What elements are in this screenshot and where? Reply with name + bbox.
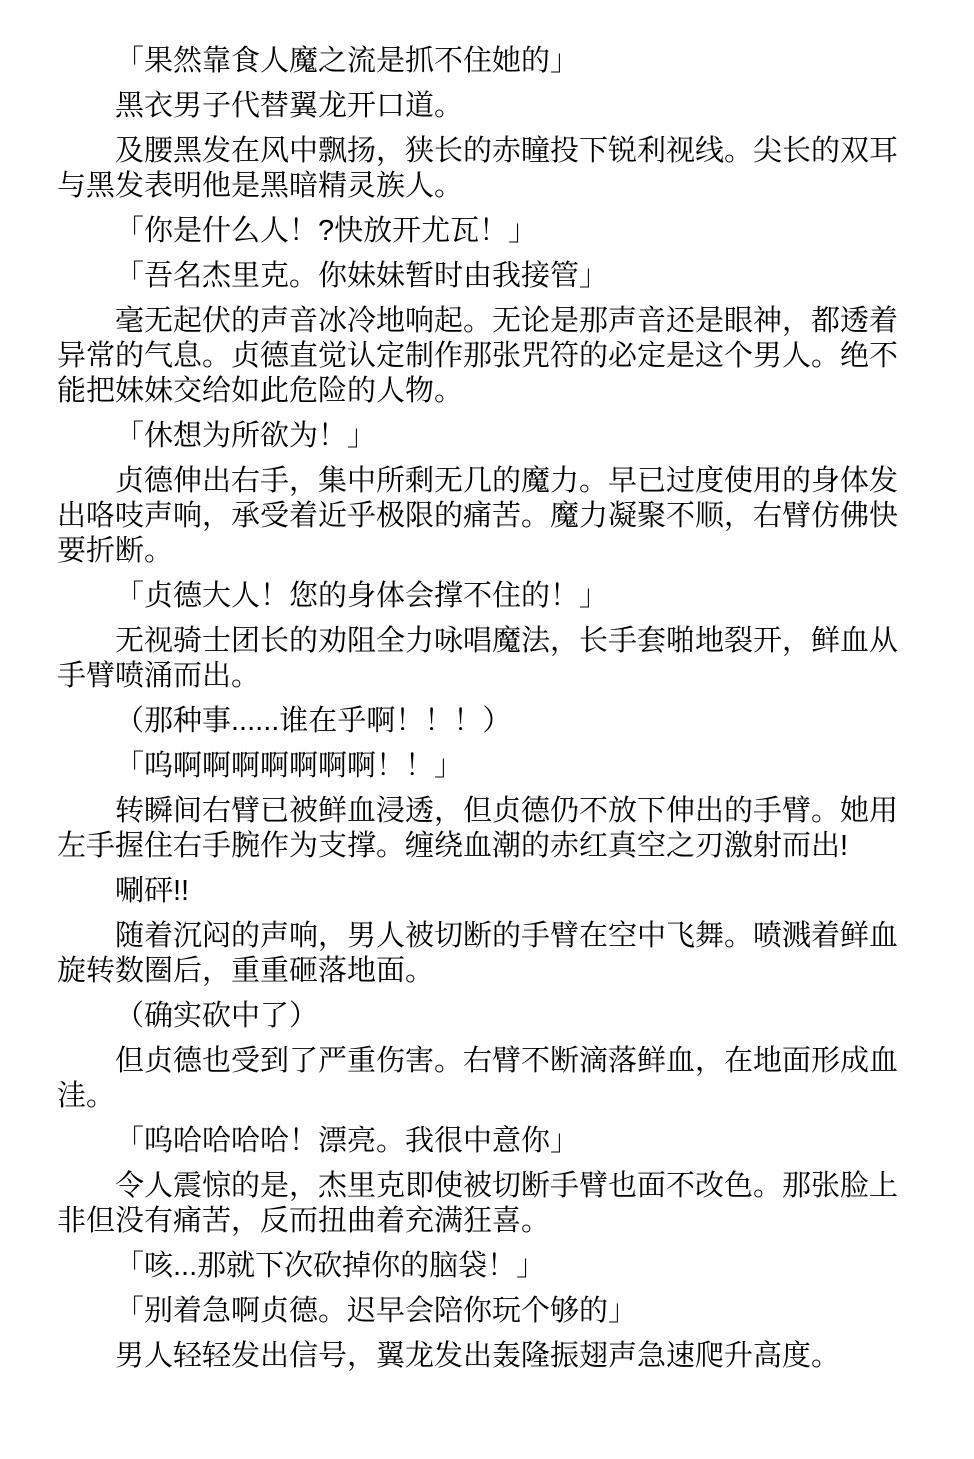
dialogue-line: 「你是什么人！?快放开尤瓦！」 xyxy=(57,214,917,249)
narration-paragraph: 令人震惊的是，杰里克即使被切断手臂也面不改色。那张脸上非但没有痛苦，反而扭曲着充… xyxy=(57,1169,917,1239)
narration-paragraph: 随着沉闷的声响，男人被切断的手臂在空中飞舞。喷溅着鲜血旋转数圈后，重重砸落地面。 xyxy=(57,919,917,989)
dialogue-line: 「别着急啊贞德。迟早会陪你玩个够的」 xyxy=(57,1294,917,1329)
inner-thought-line: （确实砍中了） xyxy=(57,999,917,1034)
narration-paragraph: 贞德伸出右手，集中所剩无几的魔力。早已过度使用的身体发出咯吱声响，承受着近乎极限… xyxy=(57,464,917,569)
narration-paragraph: 男人轻轻发出信号，翼龙发出轰隆振翅声急速爬升高度。 xyxy=(57,1339,917,1374)
dialogue-line: 「果然靠食人魔之流是抓不住她的」 xyxy=(57,44,917,79)
sound-effect-line: 唰砰!! xyxy=(57,874,917,909)
narration-paragraph: 无视骑士团长的劝阻全力咏唱魔法，长手套啪地裂开，鲜血从手臂喷涌而出。 xyxy=(57,624,917,694)
narration-paragraph: 毫无起伏的声音冰冷地响起。无论是那声音还是眼神，都透着异常的气息。贞德直觉认定制… xyxy=(57,304,917,409)
inner-thought-line: （那种事......谁在乎啊！！！） xyxy=(57,704,917,739)
novel-text-page: 「果然靠食人魔之流是抓不住她的」 黑衣男子代替翼龙开口道。 及腰黑发在风中飘扬，… xyxy=(0,0,974,1459)
dialogue-line: 「贞德大人！您的身体会撑不住的！」 xyxy=(57,579,917,614)
narration-paragraph: 及腰黑发在风中飘扬，狭长的赤瞳投下锐利视线。尖长的双耳与黑发表明他是黑暗精灵族人… xyxy=(57,134,917,204)
dialogue-line: 「呜哈哈哈哈！漂亮。我很中意你」 xyxy=(57,1124,917,1159)
dialogue-line: 「呜啊啊啊啊啊啊啊！！」 xyxy=(57,749,917,784)
dialogue-line: 「咳...那就下次砍掉你的脑袋！」 xyxy=(57,1249,917,1284)
narration-paragraph: 但贞德也受到了严重伤害。右臂不断滴落鲜血，在地面形成血洼。 xyxy=(57,1044,917,1114)
narration-paragraph: 黑衣男子代替翼龙开口道。 xyxy=(57,89,917,124)
dialogue-line: 「吾名杰里克。你妹妹暂时由我接管」 xyxy=(57,259,917,294)
dialogue-line: 「休想为所欲为！」 xyxy=(57,419,917,454)
narration-paragraph: 转瞬间右臂已被鲜血浸透，但贞德仍不放下伸出的手臂。她用左手握住右手腕作为支撑。缠… xyxy=(57,794,917,864)
